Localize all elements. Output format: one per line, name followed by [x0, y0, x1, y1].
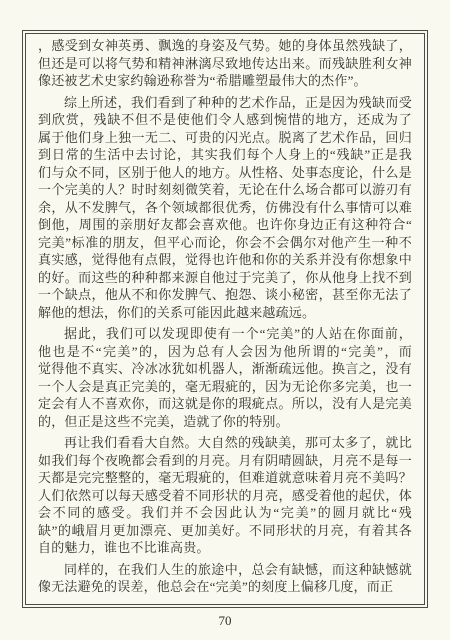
text-line: 综上所述，我们看到了种种的艺术作品，正是因为残缺而受: [38, 94, 412, 112]
page-number: 70: [0, 613, 450, 629]
text-line: 们与众不同，区别于他人的地方。从性格、处事态度论，什么是: [38, 164, 412, 182]
text-line: 解他的想法，你们的关系可能因此越来越疏远。: [38, 304, 412, 322]
text-line: 据此，我们可以发现即使有一个“完美”的人站在你面前，: [38, 325, 412, 343]
text-line: 人们依然可以每天感受着不同形状的月亮，感受着他的起伏，体: [38, 487, 412, 505]
text-line: 缺”的峨眉月更加漂亮、更加美好。不同形状的月亮，有着其各: [38, 522, 412, 540]
page-border-frame-inner: ，感受到女神英勇、飘逸的身姿及气势。她的身体虽然残缺了，但还是可以将气势和精神淋…: [25, 33, 425, 605]
text-line: 如我们每个夜晚都会看到的月亮。月有阴晴圆缺，月亮不是每一: [38, 452, 412, 470]
text-line: 真实感，觉得他有点假，觉得也许他和你的关系并没有你想象中: [38, 251, 412, 269]
text-line: 再让我们看看大自然。大自然的残缺美，那可太多了，就比: [38, 434, 412, 452]
page-content: ，感受到女神英勇、飘逸的身姿及气势。她的身体虽然残缺了，但还是可以将气势和精神淋…: [38, 37, 412, 596]
text-line: 一个缺点，他从不和你发脾气、抱怨、谈小秘密，甚至你无法了: [38, 286, 412, 304]
paragraph-3: 据此，我们可以发现即使有一个“完美”的人站在你面前，他也是不“完美”的，因为总有…: [38, 325, 412, 430]
paragraph-2: 综上所述，我们看到了种种的艺术作品，正是因为残缺而受到欣赏，残缺不但不是使他们令…: [38, 94, 412, 322]
text-line: 定会有人不喜欢你，而这就是你的瑕疵点。所以，没有人是完美: [38, 395, 412, 413]
text-line: 到日常的生活中去讨论，其实我们每个人身上的“残缺”正是我: [38, 146, 412, 164]
text-line: 觉得他不真实、冷冰冰犹如机器人，渐渐疏远他。换言之，没有: [38, 360, 412, 378]
text-line: 的，但正是这些不完美，造就了你的特别。: [38, 413, 412, 431]
text-line: 余，从不发脾气，各个领域都很优秀，仿佛没有什么事情可以难: [38, 199, 412, 217]
text-line: 倒他，周围的亲朋好友都会喜欢他。也许你身边正有这种符合“: [38, 216, 412, 234]
text-line: 属于他们身上独一无二、可贵的闪光点。脱离了艺术作品，回归: [38, 129, 412, 147]
text-line: 的好。而这些的种种都来源自他过于完美了，你从他身上找不到: [38, 269, 412, 287]
text-line: 天都是完完整整的，毫无瑕疵的，但难道就意味着月亮不美吗？: [38, 469, 412, 487]
text-line: 但还是可以将气势和精神淋漓尽致地传达出来。而残缺胜利女神: [38, 55, 412, 73]
text-line: 会不同的感受。我们并不会因此认为“完美”的圆月就比“残: [38, 504, 412, 522]
text-line: 完美”标准的朋友，但平心而论，你会不会偶尔对他产生一种不: [38, 234, 412, 252]
paragraph-5: 同样的，在我们人生的旅途中，总会有缺憾，而这种缺憾就像无法避免的误差，他总会在“…: [38, 561, 412, 596]
text-line: 一个完美的人？时时刻刻微笑着，无论在什么场合都可以游刃有: [38, 181, 412, 199]
paragraph-4: 再让我们看看大自然。大自然的残缺美，那可太多了，就比如我们每个夜晚都会看到的月亮…: [38, 434, 412, 557]
text-line: 同样的，在我们人生的旅途中，总会有缺憾，而这种缺憾就: [38, 561, 412, 579]
paragraph-1: ，感受到女神英勇、飘逸的身姿及气势。她的身体虽然残缺了，但还是可以将气势和精神淋…: [38, 37, 412, 90]
text-line: 像无法避免的误差，他总会在“完美”的刻度上偏移几度，而正: [38, 578, 412, 596]
text-line: ，感受到女神英勇、飘逸的身姿及气势。她的身体虽然残缺了，: [38, 37, 412, 55]
text-line: 到欣赏，残缺不但不是使他们令人感到惋惜的地方，还成为了: [38, 111, 412, 129]
page-border-frame: ，感受到女神英勇、飘逸的身姿及气势。她的身体虽然残缺了，但还是可以将气势和精神淋…: [22, 30, 428, 608]
text-line: 自的魅力，谁也不比谁高贵。: [38, 539, 412, 557]
text-line: 像还被艺术史家约翰逊称誉为“希腊雕塑最伟大的杰作”。: [38, 72, 412, 90]
text-line: 一个人会是真正完美的，毫无瑕疵的，因为无论你多完美，也一: [38, 378, 412, 396]
text-line: 他也是不“完美”的，因为总有人会因为他所谓的“完美”，而: [38, 343, 412, 361]
